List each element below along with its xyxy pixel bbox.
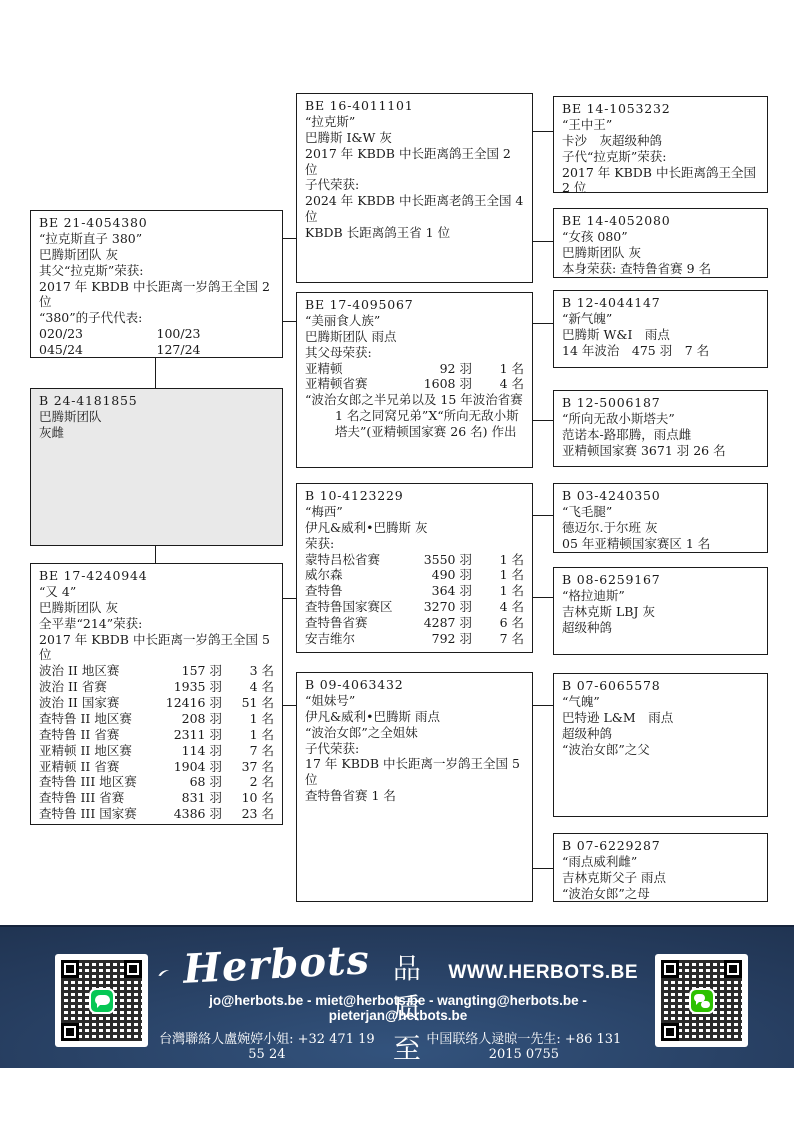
result-race: 查特鲁国家赛区 bbox=[305, 599, 400, 615]
contact-china: 中国联络人逯晾一先生: +86 131 2015 0755 bbox=[410, 1028, 638, 1062]
pedigree-box-mm: B 09-4063432 “姐妹号”伊凡&威利•巴腾斯 雨点“波治女郎”之全姐妹… bbox=[296, 672, 533, 902]
child-ring: 127/24 bbox=[157, 342, 275, 358]
result-race: 蒙特吕松省赛 bbox=[305, 552, 400, 568]
result-race: 查特鲁 III 国家赛 bbox=[39, 806, 150, 822]
box-text-line: 其父母荣获: bbox=[305, 345, 524, 361]
result-row: 亚精顿省赛1608 羽4 名 bbox=[305, 376, 524, 392]
connector-line bbox=[283, 321, 296, 322]
box-text-line: 2017 年 KBDB 中长距离鸽王全国 2 位 bbox=[305, 146, 524, 178]
box-text-line: 巴腾斯团队 灰 bbox=[39, 600, 274, 616]
pedigree-box-fm: BE 17-4095067 “美丽食人族”巴腾斯团队 雨点其父母荣获: 亚精顿9… bbox=[296, 292, 533, 468]
result-birds: 2311 羽 bbox=[150, 727, 222, 743]
result-birds: 1935 羽 bbox=[150, 679, 222, 695]
result-place: 1 名 bbox=[222, 711, 274, 727]
pedigree-box-fmm: B 12-5006187 “所向无敌小斯塔夫”范诺本-路耶腾，雨点雌亚精顿国家赛… bbox=[553, 390, 768, 467]
pedigree-box-ff: BE 16-4011101 “拉克斯”巴腾斯 I&W 灰2017 年 KBDB … bbox=[296, 93, 533, 283]
result-row: 查特鲁 II 省赛2311 羽1 名 bbox=[39, 727, 274, 743]
box-lines: 巴腾斯团队灰雌 bbox=[39, 409, 274, 441]
box-text-line: “王中王” bbox=[562, 117, 759, 133]
box-text-line: “新气魄” bbox=[562, 311, 759, 327]
result-birds: 92 羽 bbox=[400, 361, 472, 377]
box-text-line: 巴腾斯 W&I 雨点 bbox=[562, 327, 759, 343]
pedigree-box-mff: B 03-4240350 “飞毛腿”德迈尔.于尔班 灰05 年亚精顿国家赛区 1… bbox=[553, 483, 768, 553]
ring-number: B 08-6259167 bbox=[562, 572, 759, 588]
wechat-icon bbox=[689, 988, 715, 1014]
result-race: 亚精顿 II 地区赛 bbox=[39, 743, 150, 759]
connector-line bbox=[533, 515, 553, 516]
result-place: 2 名 bbox=[222, 774, 274, 790]
box-text-line: 巴腾斯团队 bbox=[39, 409, 274, 425]
website-url: WWW.HERBOTS.BE bbox=[448, 962, 638, 984]
box-text-line: KBDB 长距离鸽王省 1 位 bbox=[305, 225, 524, 241]
result-birds: 208 羽 bbox=[150, 711, 222, 727]
pedigree-page: BE 21-4054380 “拉克斯直子 380”巴腾斯团队 灰其父“拉克斯”荣… bbox=[0, 0, 794, 1123]
box-text-line: 德迈尔.于尔班 灰 bbox=[562, 520, 759, 536]
result-row: 查特鲁 II 地区赛208 羽1 名 bbox=[39, 711, 274, 727]
box-text-line: “波治女郎”之父 bbox=[562, 742, 759, 758]
box-text-line: 05 年亚精顿国家赛区 1 名 bbox=[562, 536, 759, 552]
result-place: 1 名 bbox=[472, 552, 524, 568]
ring-number: B 09-4063432 bbox=[305, 677, 524, 693]
box-text-line: 卡沙 灰超级种鸽 bbox=[562, 133, 759, 149]
result-birds: 490 羽 bbox=[400, 567, 472, 583]
ring-number: BE 21-4054380 bbox=[39, 215, 274, 231]
line-icon bbox=[89, 988, 115, 1014]
box-text-line: 荣获: bbox=[305, 536, 524, 552]
result-place: 51 名 bbox=[222, 695, 274, 711]
result-race: 查特鲁 bbox=[305, 583, 400, 599]
box-note: “波治女郎之半兄弟以及 15 年波治省赛 1 名之同窝兄弟”X“所向无敌小斯塔夫… bbox=[305, 392, 524, 440]
connector-line bbox=[533, 597, 553, 598]
box-text-line: 本身荣获: 查特鲁省赛 9 名 bbox=[562, 261, 759, 277]
box-lines: “梅西”伊凡&威利•巴腾斯 灰荣获: bbox=[305, 504, 524, 552]
pedigree-box-father: BE 21-4054380 “拉克斯直子 380”巴腾斯团队 灰其父“拉克斯”荣… bbox=[30, 210, 283, 358]
contact-taiwan: 台灣聯絡人盧婉婷小姐: +32 471 19 55 24 bbox=[158, 1028, 376, 1062]
result-birds: 3270 羽 bbox=[400, 599, 472, 615]
box-text-line: 子代荣获: bbox=[305, 741, 524, 757]
result-race: 威尔森 bbox=[305, 567, 400, 583]
result-race: 波治 II 地区赛 bbox=[39, 663, 150, 679]
box-text-line: 14 年波治 475 羽 7 名 bbox=[562, 343, 759, 359]
box-lines: “所向无敌小斯塔夫”范诺本-路耶腾，雨点雌亚精顿国家赛 3671 羽 26 名 bbox=[562, 411, 759, 459]
box-text-line: 超级种鸽 bbox=[562, 726, 759, 742]
box-lines: “美丽食人族”巴腾斯团队 雨点其父母荣获: bbox=[305, 313, 524, 361]
result-row: 波治 II 地区赛157 羽3 名 bbox=[39, 663, 274, 679]
result-birds: 364 羽 bbox=[400, 583, 472, 599]
pedigree-box-mother: BE 17-4240944 “又 4”巴腾斯团队 灰全平辈“214”荣获:201… bbox=[30, 563, 283, 825]
box-text-line: 2017 年 KBDB 中长距离一岁鸽王全国 5 位 bbox=[39, 632, 274, 664]
result-row: 威尔森490 羽1 名 bbox=[305, 567, 524, 583]
footer-banner: Herbots 品质至上 WWW.HERBOTS.BE jo@herbots.b… bbox=[0, 925, 794, 1068]
box-text-line: “女孩 080” bbox=[562, 229, 759, 245]
result-row: 安吉维尔792 羽7 名 bbox=[305, 631, 524, 647]
result-row: 查特鲁 III 地区赛68 羽2 名 bbox=[39, 774, 274, 790]
pedigree-box-fff: BE 14-1053232 “王中王”卡沙 灰超级种鸽子代“拉克斯”荣获:201… bbox=[553, 96, 768, 193]
ring-number: BE 17-4240944 bbox=[39, 568, 274, 584]
result-birds: 68 羽 bbox=[150, 774, 222, 790]
children-row: 045/24 127/24 bbox=[39, 342, 274, 358]
line-qr-code bbox=[55, 954, 148, 1047]
box-text-line: 巴腾斯 I&W 灰 bbox=[305, 130, 524, 146]
pedigree-box-ffm: BE 14-4052080 “女孩 080”巴腾斯团队 灰本身荣获: 查特鲁省赛… bbox=[553, 208, 768, 278]
box-text-line: “所向无敌小斯塔夫” bbox=[562, 411, 759, 427]
result-birds: 157 羽 bbox=[150, 663, 222, 679]
box-text-line: “格拉迪斯” bbox=[562, 588, 759, 604]
result-place: 23 名 bbox=[222, 806, 274, 822]
box-text-line: 亚精顿国家赛 3671 羽 26 名 bbox=[562, 443, 759, 459]
result-race: 亚精顿 II 省赛 bbox=[39, 759, 150, 775]
connector-line bbox=[533, 323, 553, 324]
feather-icon bbox=[158, 962, 169, 984]
box-lines: “女孩 080”巴腾斯团队 灰本身荣获: 查特鲁省赛 9 名 bbox=[562, 229, 759, 277]
ring-number: B 10-4123229 bbox=[305, 488, 524, 504]
box-lines: “拉克斯”巴腾斯 I&W 灰2017 年 KBDB 中长距离鸽王全国 2 位子代… bbox=[305, 114, 524, 241]
ring-number: B 07-6065578 bbox=[562, 678, 759, 694]
ring-number: B 12-5006187 bbox=[562, 395, 759, 411]
connector-line bbox=[533, 705, 553, 706]
box-text-line: “拉克斯直子 380” bbox=[39, 231, 274, 247]
contact-emails: jo@herbots.be - miet@herbots.be - wangti… bbox=[158, 993, 638, 1023]
pedigree-box-mf: B 10-4123229 “梅西”伊凡&威利•巴腾斯 灰荣获: 蒙特吕松省赛35… bbox=[296, 483, 533, 653]
qr-finder bbox=[661, 960, 679, 978]
result-place: 3 名 bbox=[222, 663, 274, 679]
pedigree-box-subject: B 24-4181855 巴腾斯团队灰雌 bbox=[30, 388, 283, 546]
connector-line bbox=[533, 420, 553, 421]
result-place: 4 名 bbox=[472, 599, 524, 615]
box-text-line: 2017 年 KBDB 中长距离鸽王全国 2 位 bbox=[562, 165, 759, 194]
footer-slogan: 贺伯特家族...秉持品质第一与诚实可靠，力求提供完美的服务! bbox=[158, 1067, 638, 1119]
box-text-line: 巴腾斯团队 灰 bbox=[39, 247, 274, 263]
result-birds: 792 羽 bbox=[400, 631, 472, 647]
race-results: 蒙特吕松省赛3550 羽1 名威尔森490 羽1 名查特鲁364 羽1 名查特鲁… bbox=[305, 552, 524, 647]
result-birds: 1904 羽 bbox=[150, 759, 222, 775]
box-text-line: “姐妹号” bbox=[305, 693, 524, 709]
box-lines: “气魄”巴特逊 L&M 雨点超级种鸽“波治女郎”之父 bbox=[562, 694, 759, 758]
connector-line bbox=[155, 358, 156, 388]
pedigree-box-mmm: B 07-6229287 “雨点威利雌”吉林克斯父子 雨点“波治女郎”之母 bbox=[553, 833, 768, 902]
box-text-line: 巴腾斯团队 灰 bbox=[562, 245, 759, 261]
connector-line bbox=[155, 546, 156, 563]
result-row: 查特鲁 III 省赛831 羽10 名 bbox=[39, 790, 274, 806]
box-text-line: “美丽食人族” bbox=[305, 313, 524, 329]
pedigree-box-mfm: B 08-6259167 “格拉迪斯”吉林克斯 LBJ 灰超级种鸽 bbox=[553, 567, 768, 655]
result-place: 4 名 bbox=[222, 679, 274, 695]
result-row: 查特鲁省赛4287 羽6 名 bbox=[305, 615, 524, 631]
result-birds: 1608 羽 bbox=[400, 376, 472, 392]
box-text-line: 伊凡&威利•巴腾斯 雨点 bbox=[305, 709, 524, 725]
box-text-line: “380”的子代代表: bbox=[39, 310, 274, 326]
result-birds: 831 羽 bbox=[150, 790, 222, 806]
result-race: 查特鲁 II 地区赛 bbox=[39, 711, 150, 727]
connector-line bbox=[533, 241, 553, 242]
qr-finder bbox=[661, 1023, 679, 1041]
result-race: 查特鲁 III 地区赛 bbox=[39, 774, 150, 790]
box-text-line: 其父“拉克斯”荣获: bbox=[39, 263, 274, 279]
result-row: 亚精顿 II 地区赛114 羽7 名 bbox=[39, 743, 274, 759]
ring-number: BE 14-1053232 bbox=[562, 101, 759, 117]
result-race: 波治 II 国家赛 bbox=[39, 695, 150, 711]
result-race: 查特鲁 II 省赛 bbox=[39, 727, 150, 743]
box-text-line: “雨点威利雌” bbox=[562, 854, 759, 870]
wechat-qr-code bbox=[655, 954, 748, 1047]
result-race: 查特鲁省赛 bbox=[305, 615, 400, 631]
pedigree-box-mmf: B 07-6065578 “气魄”巴特逊 L&M 雨点超级种鸽“波治女郎”之父 bbox=[553, 673, 768, 817]
child-ring: 020/23 bbox=[39, 326, 157, 342]
ring-number: BE 17-4095067 bbox=[305, 297, 524, 313]
result-place: 1 名 bbox=[472, 583, 524, 599]
box-text-line: 查特鲁省赛 1 名 bbox=[305, 788, 524, 804]
result-birds: 4287 羽 bbox=[400, 615, 472, 631]
box-lines: “拉克斯直子 380”巴腾斯团队 灰其父“拉克斯”荣获:2017 年 KBDB … bbox=[39, 231, 274, 326]
box-text-line: “波治女郎”之母 bbox=[562, 886, 759, 902]
result-place: 4 名 bbox=[472, 376, 524, 392]
box-text-line: 灰雌 bbox=[39, 425, 274, 441]
result-place: 1 名 bbox=[472, 567, 524, 583]
result-place: 7 名 bbox=[472, 631, 524, 647]
box-text-line: 超级种鸽 bbox=[562, 620, 759, 636]
box-text-line: 范诺本-路耶腾，雨点雌 bbox=[562, 427, 759, 443]
result-race: 波治 II 省赛 bbox=[39, 679, 150, 695]
box-text-line: 17 年 KBDB 中长距离一岁鸽王全国 5 位 bbox=[305, 756, 524, 788]
brand-logo: Herbots bbox=[182, 936, 371, 993]
result-place: 37 名 bbox=[222, 759, 274, 775]
box-text-line: “波治女郎”之全姐妹 bbox=[305, 725, 524, 741]
box-lines: “姐妹号”伊凡&威利•巴腾斯 雨点“波治女郎”之全姐妹子代荣获:17 年 KBD… bbox=[305, 693, 524, 804]
ring-number: BE 16-4011101 bbox=[305, 98, 524, 114]
ring-number: B 24-4181855 bbox=[39, 393, 274, 409]
ring-number: B 03-4240350 bbox=[562, 488, 759, 504]
box-text-line: 子代“拉克斯”荣获: bbox=[562, 149, 759, 165]
box-text-line: 吉林克斯 LBJ 灰 bbox=[562, 604, 759, 620]
result-birds: 4386 羽 bbox=[150, 806, 222, 822]
brand-row: Herbots 品质至上 WWW.HERBOTS.BE bbox=[158, 941, 638, 989]
pedigree-box-fmf: B 12-4044147 “新气魄”巴腾斯 W&I 雨点14 年波治 475 羽… bbox=[553, 290, 768, 368]
result-row: 蒙特吕松省赛3550 羽1 名 bbox=[305, 552, 524, 568]
result-race: 查特鲁 III 省赛 bbox=[39, 790, 150, 806]
box-lines: “格拉迪斯”吉林克斯 LBJ 灰超级种鸽 bbox=[562, 588, 759, 636]
result-row: 查特鲁国家赛区3270 羽4 名 bbox=[305, 599, 524, 615]
box-text-line: “气魄” bbox=[562, 694, 759, 710]
box-text-line: “飞毛腿” bbox=[562, 504, 759, 520]
result-place: 7 名 bbox=[222, 743, 274, 759]
result-birds: 12416 羽 bbox=[150, 695, 222, 711]
box-text-line: 2017 年 KBDB 中长距离一岁鸽王全国 2 位 bbox=[39, 279, 274, 311]
connector-line bbox=[283, 705, 296, 706]
box-lines: “又 4”巴腾斯团队 灰全平辈“214”荣获:2017 年 KBDB 中长距离一… bbox=[39, 584, 274, 663]
box-text-line: 2024 年 KBDB 中长距离老鸽王全国 4 位 bbox=[305, 193, 524, 225]
result-race: 安吉维尔 bbox=[305, 631, 400, 647]
result-place: 1 名 bbox=[472, 361, 524, 377]
qr-finder bbox=[61, 960, 79, 978]
ring-number: BE 14-4052080 bbox=[562, 213, 759, 229]
result-row: 亚精顿 II 省赛1904 羽37 名 bbox=[39, 759, 274, 775]
connector-line bbox=[283, 238, 296, 239]
qr-finder bbox=[61, 1023, 79, 1041]
box-lines: “雨点威利雌”吉林克斯父子 雨点“波治女郎”之母 bbox=[562, 854, 759, 902]
box-text-line: 巴特逊 L&M 雨点 bbox=[562, 710, 759, 726]
box-text-line: “拉克斯” bbox=[305, 114, 524, 130]
box-text-line: “梅西” bbox=[305, 504, 524, 520]
result-place: 6 名 bbox=[472, 615, 524, 631]
box-lines: “飞毛腿”德迈尔.于尔班 灰05 年亚精顿国家赛区 1 名 bbox=[562, 504, 759, 552]
children-row: 020/23 100/23 bbox=[39, 326, 274, 342]
result-race: 亚精顿省赛 bbox=[305, 376, 400, 392]
result-place: 10 名 bbox=[222, 790, 274, 806]
result-birds: 114 羽 bbox=[150, 743, 222, 759]
result-row: 查特鲁 III 国家赛4386 羽23 名 bbox=[39, 806, 274, 822]
ring-number: B 07-6229287 bbox=[562, 838, 759, 854]
result-row: 波治 II 国家赛12416 羽51 名 bbox=[39, 695, 274, 711]
result-row: 亚精顿92 羽1 名 bbox=[305, 361, 524, 377]
box-text-line: 子代荣获: bbox=[305, 177, 524, 193]
race-results: 波治 II 地区赛157 羽3 名波治 II 省赛1935 羽4 名波治 II … bbox=[39, 663, 274, 822]
qr-finder bbox=[724, 960, 742, 978]
qr-finder bbox=[124, 960, 142, 978]
result-race: 亚精顿 bbox=[305, 361, 400, 377]
child-ring: 100/23 bbox=[157, 326, 275, 342]
footer-content: Herbots 品质至上 WWW.HERBOTS.BE jo@herbots.b… bbox=[158, 941, 638, 1119]
box-text-line: 伊凡&威利•巴腾斯 灰 bbox=[305, 520, 524, 536]
connector-line bbox=[533, 868, 553, 869]
result-row: 查特鲁364 羽1 名 bbox=[305, 583, 524, 599]
box-text-line: 巴腾斯团队 雨点 bbox=[305, 329, 524, 345]
race-results: 亚精顿92 羽1 名亚精顿省赛1608 羽4 名 bbox=[305, 361, 524, 393]
child-ring: 045/24 bbox=[39, 342, 157, 358]
box-text-line: “又 4” bbox=[39, 584, 274, 600]
box-text-line: 吉林克斯父子 雨点 bbox=[562, 870, 759, 886]
box-lines: “新气魄”巴腾斯 W&I 雨点14 年波治 475 羽 7 名 bbox=[562, 311, 759, 359]
ring-number: B 12-4044147 bbox=[562, 295, 759, 311]
result-birds: 3550 羽 bbox=[400, 552, 472, 568]
result-row: 波治 II 省赛1935 羽4 名 bbox=[39, 679, 274, 695]
box-lines: “王中王”卡沙 灰超级种鸽子代“拉克斯”荣获:2017 年 KBDB 中长距离鸽… bbox=[562, 117, 759, 193]
box-text-line: 全平辈“214”荣获: bbox=[39, 616, 274, 632]
connector-line bbox=[283, 598, 296, 599]
connector-line bbox=[533, 131, 553, 132]
result-place: 1 名 bbox=[222, 727, 274, 743]
